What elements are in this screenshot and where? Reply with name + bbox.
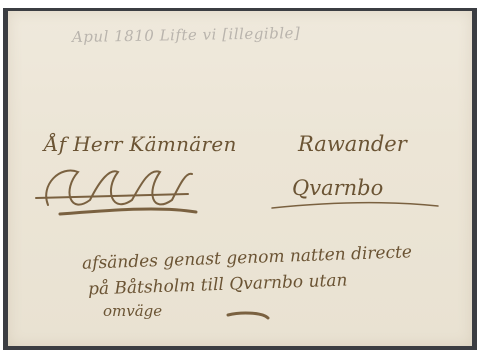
closing-dash — [228, 313, 268, 318]
place-underline — [272, 203, 438, 208]
instruction-line-3: omväge — [103, 302, 162, 320]
ink-flourishes — [0, 0, 480, 360]
strikethrough-line-2 — [60, 209, 196, 214]
crossed-flourish-loops — [46, 171, 192, 205]
